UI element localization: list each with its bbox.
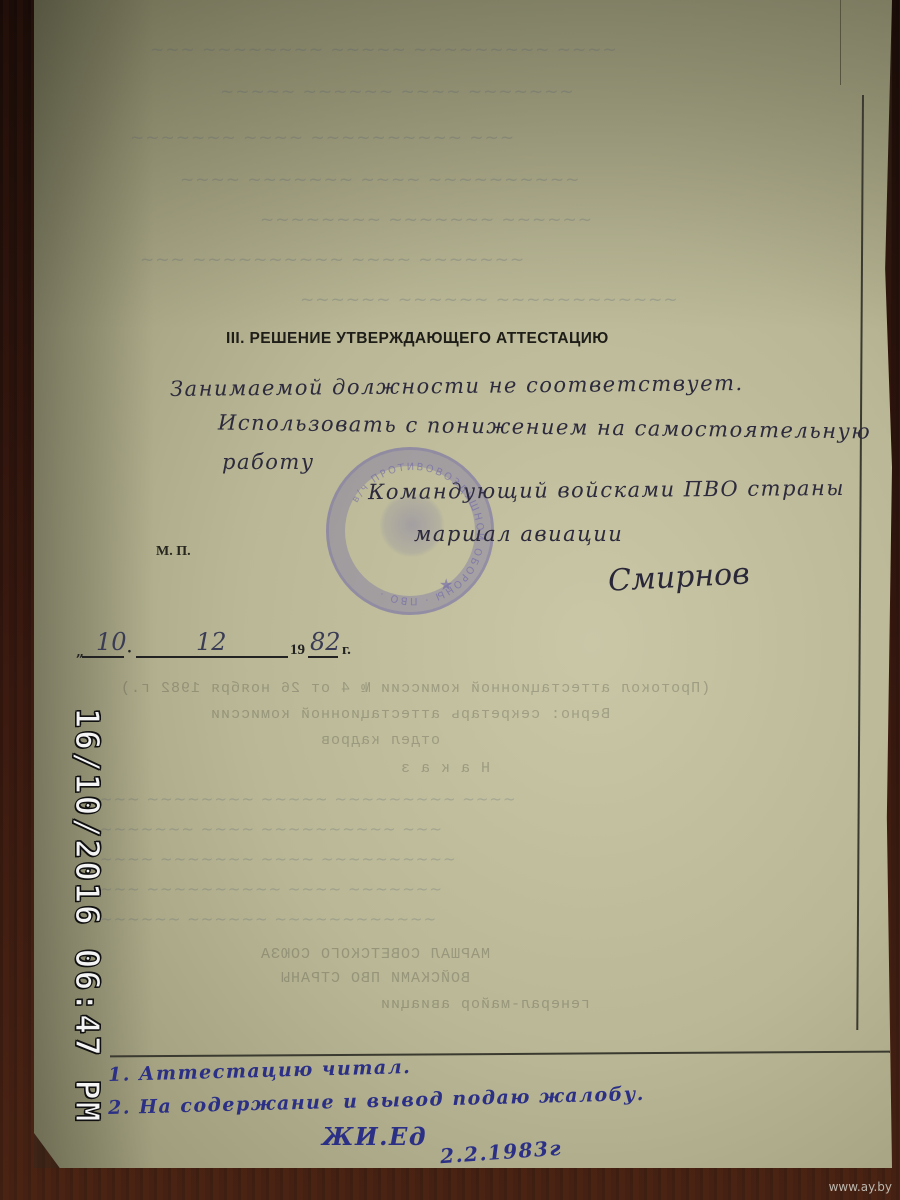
camera-timestamp: 16/10/2016 06:47 PM — [68, 708, 107, 1124]
acknowledgement-signature: ЖИ.Ед — [322, 1122, 427, 1151]
date-suffix: г. — [342, 642, 351, 659]
bleed-through-typed-line: Верно: секретарь аттестационной комиссии — [210, 706, 610, 723]
bleed-through-typed-line: Н а к а з — [400, 760, 490, 777]
bleed-through-typed-line: МАРШАЛ СОВЕТСКОГО СОЮЗА — [260, 946, 490, 963]
sheet-edge-line — [840, 0, 841, 85]
bleed-through-line: ~~~~~~ ~~~~~~ ~~~~~~~~~~~~ — [300, 290, 679, 310]
bleed-through-line: ~~~~ ~~~~~~~ ~~~~ ~~~~~~~~~~ — [180, 170, 580, 190]
month-underline — [136, 656, 288, 658]
signatory-position: Командующий войсками ПВО страны — [368, 476, 845, 504]
quote-mark: „ — [76, 644, 84, 660]
bleed-through-line: ~~~ ~~~~~~~~~~ ~~~~ ~~~~~~~ — [100, 880, 443, 898]
date-year-suffix: 82 — [310, 628, 341, 656]
year-underline — [308, 656, 338, 658]
site-watermark: www.ay.by — [829, 1180, 892, 1194]
svg-text:★: ★ — [439, 575, 453, 594]
date-day: 10 — [96, 628, 127, 656]
bleed-through-line: ~~~ ~~~~~~~~ ~~~~~ ~~~~~~~~~ ~~~~ — [100, 790, 517, 808]
bleed-through-typed-line: отдел кадров — [320, 732, 440, 749]
bleed-through-typed-line: ВОЙСКАМИ ПВО СТРАНЫ — [280, 970, 470, 987]
section-title: III. РЕШЕНИЕ УТВЕРЖДАЮЩЕГО АТТЕСТАЦИЮ — [226, 330, 609, 348]
bleed-through-line: ~~~~~~~ ~~~~ ~~~~~~~~~~ ~~~ — [130, 128, 515, 148]
date-separator: · — [127, 644, 132, 660]
date-year-prefix: 19 — [290, 642, 305, 659]
bleed-through-line: ~~~~~~~ ~~~~ ~~~~~~~~~~ ~~~ — [100, 820, 443, 838]
bleed-through-line: ~~~ ~~~~~~~~~~ ~~~~ ~~~~~~~ — [140, 250, 525, 270]
bleed-through-line: ~~~~~~ ~~~~~~ ~~~~~~~~~~~~ — [100, 910, 437, 928]
bleed-through-line: ~~~~~~~~ ~~~~~~~ ~~~~~~ — [260, 210, 593, 230]
signatory-rank: маршал авиации — [414, 522, 623, 546]
bleed-through-typed-line: (Протокол аттестационной комиссии № 4 от… — [120, 680, 710, 697]
bleed-through-line: ~~~~~ ~~~~~~ ~~~~ ~~~~~~~ — [220, 82, 575, 102]
decision-line-3: работу — [222, 450, 315, 474]
date-month: 12 — [196, 628, 227, 656]
decision-date: „ 10 · 12 19 82 г. — [76, 620, 366, 660]
bleed-through-line: ~~~~ ~~~~~~~ ~~~~ ~~~~~~~~~~ — [100, 850, 457, 868]
seal-place-label: М. П. — [156, 544, 191, 560]
day-underline — [82, 656, 124, 658]
bleed-through-typed-line: генерал-майор авиации — [380, 996, 590, 1013]
bleed-through-line: ~~~ ~~~~~~~~ ~~~~~ ~~~~~~~~~ ~~~~ — [150, 40, 618, 60]
signatory-signature: Смирнов — [607, 556, 750, 598]
